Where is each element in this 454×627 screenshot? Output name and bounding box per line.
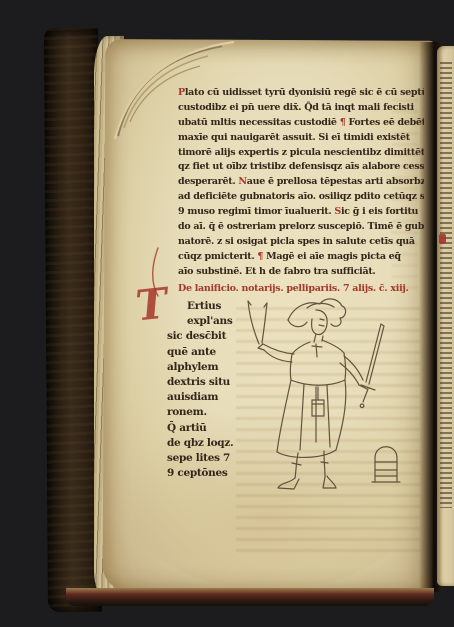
belt-pouch xyxy=(312,387,324,416)
basket xyxy=(372,447,400,482)
text-line: maxīe qui nauigarēt assuit. Si eī timidi… xyxy=(178,131,424,146)
text-line: ad deficiēte gubnatoris aīo. osiliqz pdi… xyxy=(178,190,424,205)
red-initial-flourish xyxy=(146,246,166,298)
text-segment: Magē ei aīe magis picta eq̄ xyxy=(266,251,401,262)
facing-page-red-initial xyxy=(439,234,446,244)
text-line: 9 muso regimī timor īualuerit. Sic ḡ i e… xyxy=(178,205,424,220)
text-line: do aī. q̄ ē ostreriam prelorz suscepiō. … xyxy=(178,220,424,235)
text-segment: ic ḡ i eis fortitu xyxy=(341,206,418,217)
hat xyxy=(288,299,346,327)
text-segment: aue ē prellosa tēpestas arti absorbz. xyxy=(247,176,424,187)
text-line: custodibz ei pn̄ uere dix̄. Q̄d tā inqt … xyxy=(178,101,424,116)
text-segment: ad deficiēte gubnatoris aīo. osiliqz pdi… xyxy=(178,191,424,202)
text-segment: ubatū mltis necessitas custodiē xyxy=(178,117,340,128)
text-segment: lato cū uidisset tyrū dyonisiū regē sic … xyxy=(185,87,424,98)
main-text-block: Plato cū uidisset tyrū dyonisiū regē sic… xyxy=(178,86,424,280)
manuscript-photo: Plato cū uidisset tyrū dyonisiū regē sic… xyxy=(0,0,454,627)
text-segment: 9 muso regimī timor īualuerit. xyxy=(178,206,334,217)
text-segment: timorē alijs expertis z picula nescienti… xyxy=(178,147,424,158)
text-line: desperarēt. Naue ē prellosa tēpestas art… xyxy=(178,175,424,190)
right-arm xyxy=(258,344,294,362)
facing-page-text-lines xyxy=(440,62,452,508)
shears xyxy=(248,301,267,344)
text-segment: maxīe qui nauigarēt assuit. Si eī timidi… xyxy=(178,132,410,143)
text-segment: natorē. z si osigat picla spes in salute… xyxy=(178,236,415,247)
text-line: timorē alijs expertis z picula nescienti… xyxy=(178,146,424,161)
rubricated-segment: P xyxy=(178,87,185,98)
text-line: aīo substinē. Et h de fabro tra sufficiā… xyxy=(178,265,424,280)
text-segment: desperarēt. xyxy=(178,176,238,187)
text-segment: Fortes eē debēt xyxy=(345,117,424,128)
bottom-fore-edge xyxy=(66,588,434,606)
text-segment: cūqz pmicterit. xyxy=(178,251,257,262)
man-with-shears-and-sword-drawing xyxy=(232,292,407,507)
text-line: Plato cū uidisset tyrū dyonisiū regē sic… xyxy=(178,86,424,101)
torso-tunic xyxy=(290,340,345,385)
text-segment: custodibz ei pn̄ uere dix̄. Q̄d tā inqt … xyxy=(178,102,414,113)
text-line: natorē. z si osigat picla spes in salute… xyxy=(178,235,424,250)
text-segment: aīo substinē. Et h de fabro tra sufficiā… xyxy=(178,266,375,277)
text-line: ubatū mltis necessitas custodiē ¶ Fortes… xyxy=(178,116,424,131)
text-segment: do aī. q̄ ē ostreriam prelorz suscepiō. … xyxy=(178,221,424,232)
text-line: qz fiet ut oībz tristibz defensisqz aīs … xyxy=(178,160,424,175)
facing-page-edge xyxy=(437,46,454,586)
text-line: cūqz pmicterit. ¶ Magē ei aīe magis pict… xyxy=(178,250,424,265)
left-arm xyxy=(340,356,367,389)
rubricated-segment: N xyxy=(238,176,246,187)
text-segment: qz fiet ut oībz tristibz defensisqz aīs … xyxy=(178,161,424,172)
head-face xyxy=(312,310,328,342)
skirt-legs xyxy=(277,380,346,489)
rubricated-segment: ¶ xyxy=(257,251,266,262)
sword xyxy=(360,324,384,408)
